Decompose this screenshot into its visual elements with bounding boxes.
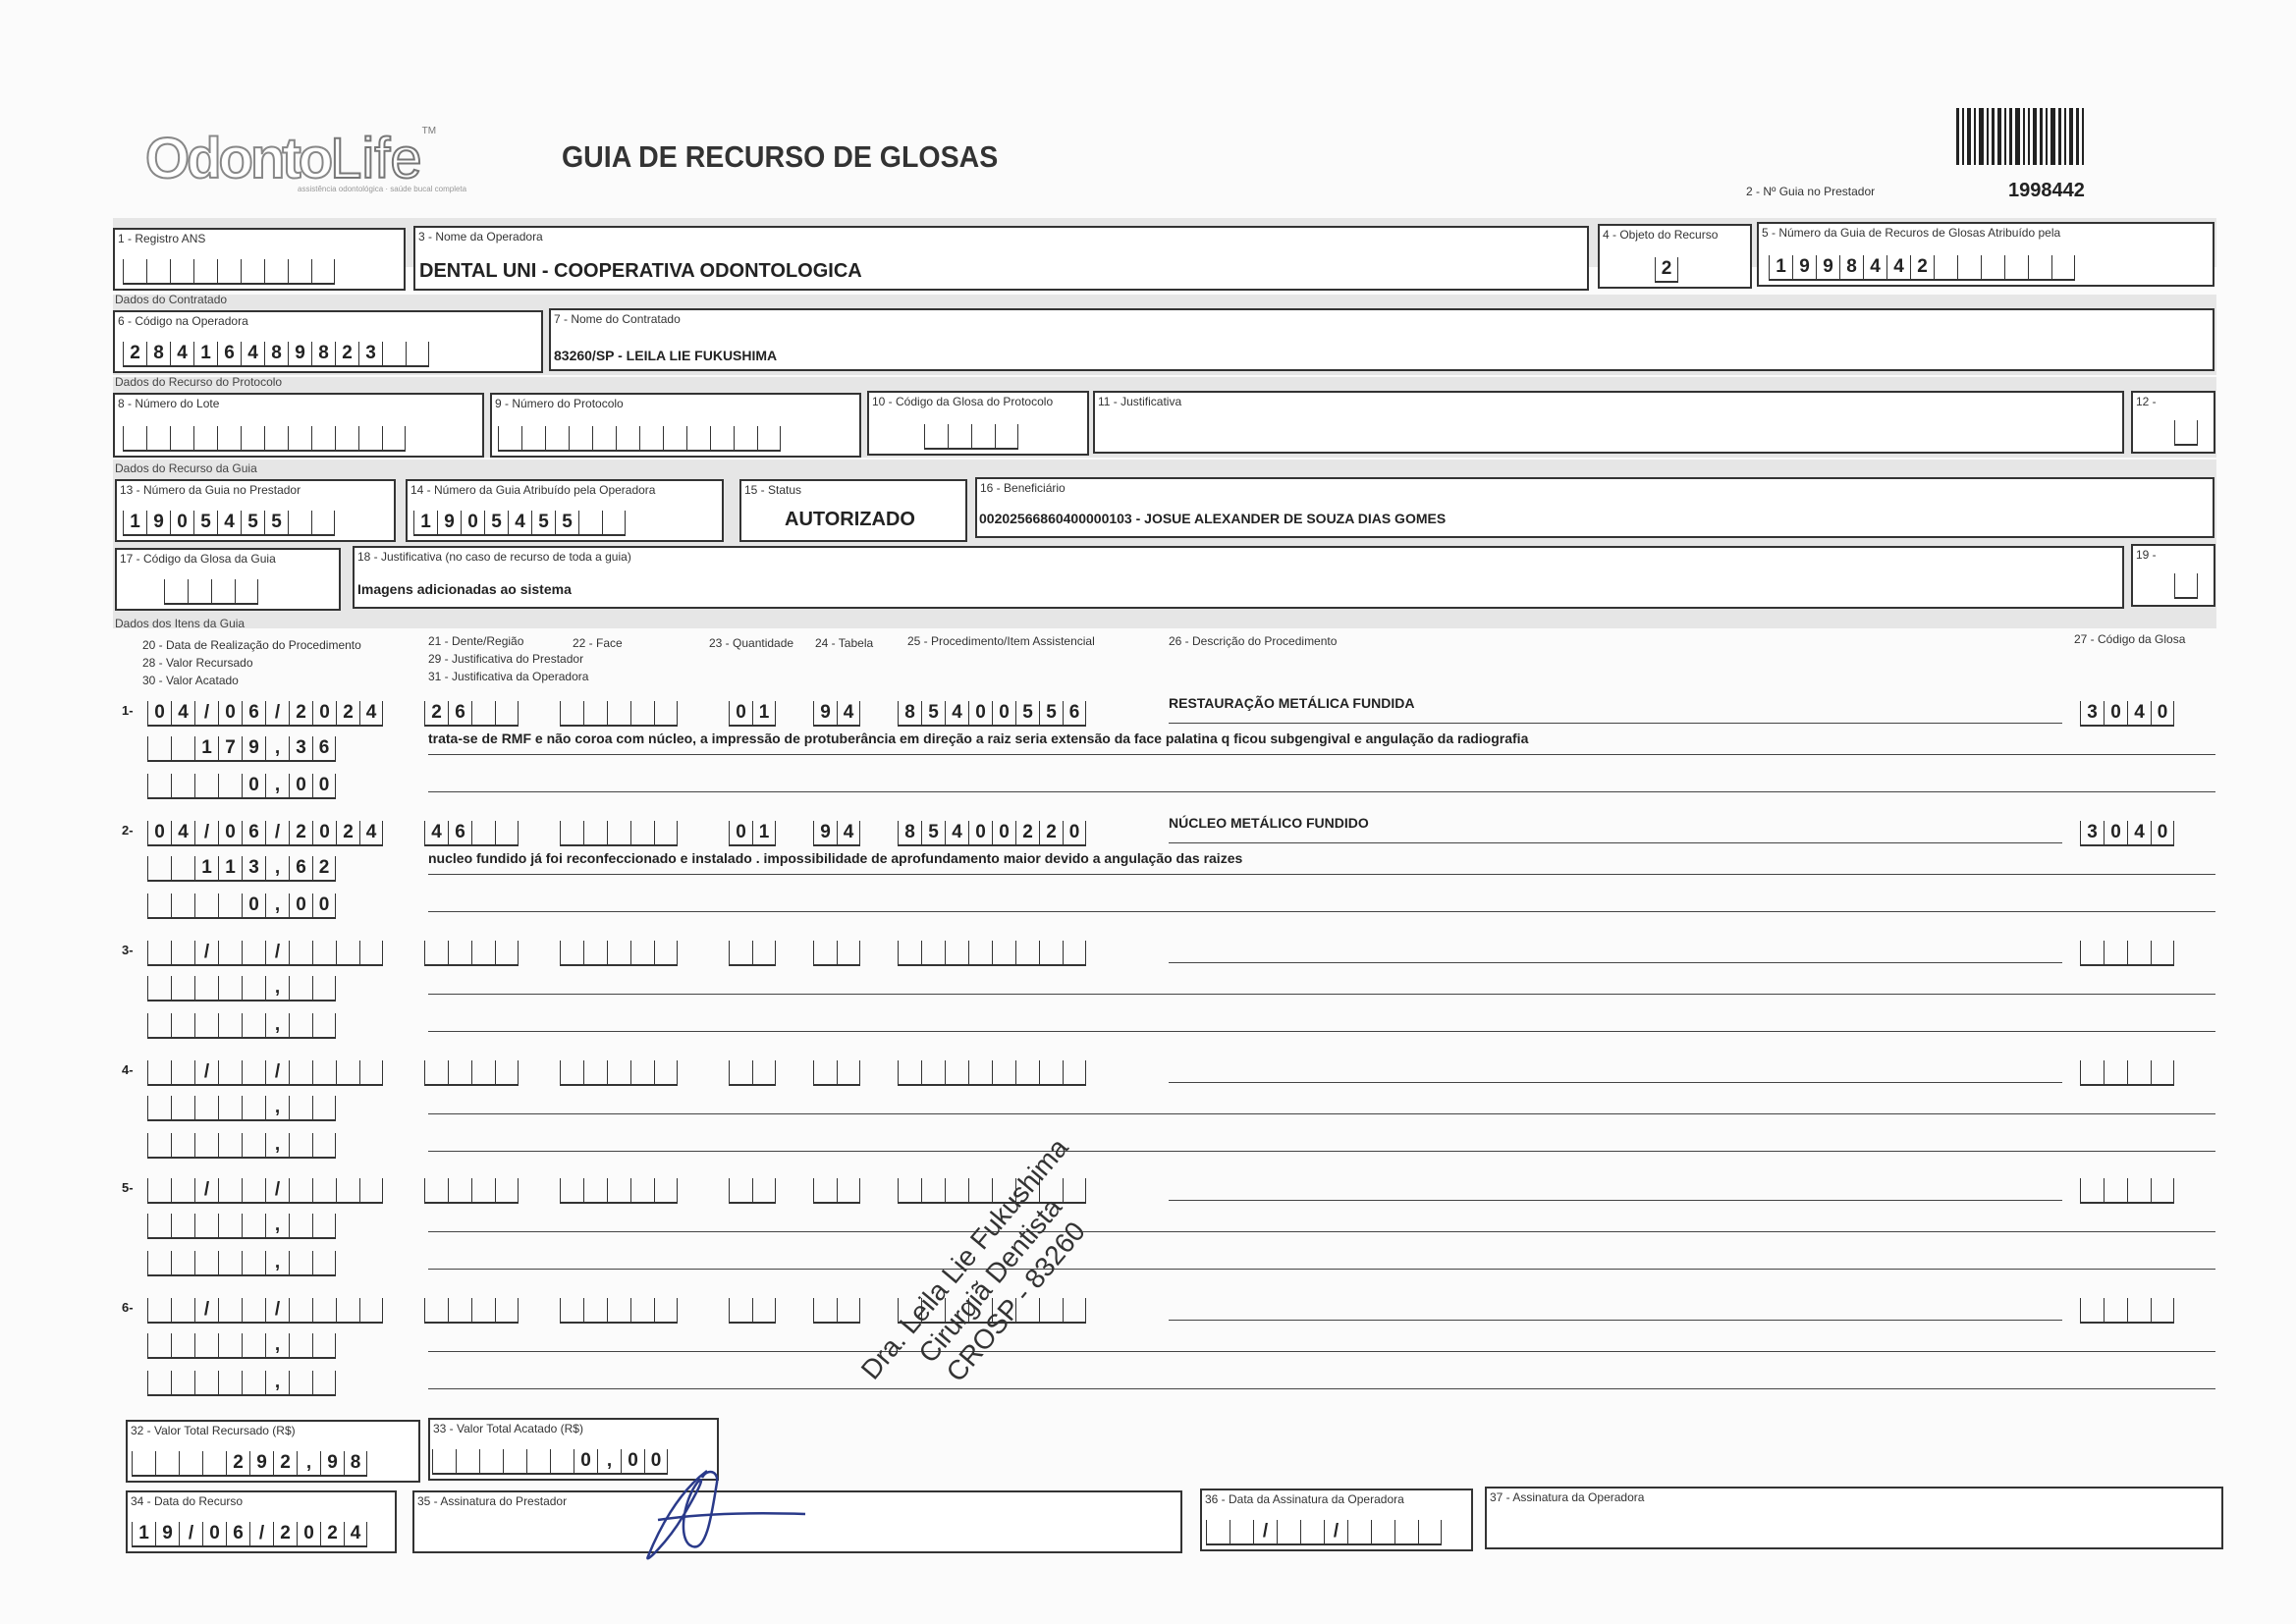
item-valor-acatado[interactable]: , (147, 1249, 336, 1276)
digit-cell: 1 (194, 736, 218, 760)
digit-cell (312, 1214, 336, 1237)
col-header-just-operadora: 31 - Justificativa da Operadora (428, 670, 588, 683)
digit-cell: 2 (1039, 821, 1063, 844)
justificativa-protocolo-field[interactable]: 11 - Justificativa (1093, 391, 2124, 454)
digit-cell (170, 426, 193, 450)
digit-cell (171, 1251, 194, 1274)
digit-cell (495, 1060, 519, 1084)
digit-cell (583, 941, 607, 964)
numero-protocolo-digits[interactable] (498, 424, 781, 452)
digit-cell (359, 1060, 383, 1084)
digit-cell: 0 (297, 1522, 320, 1545)
digit-cell (146, 426, 170, 450)
digit-cell: 0 (202, 1522, 226, 1545)
digit-cell (406, 342, 429, 365)
digit-cell (432, 1449, 456, 1473)
digit-cell: 0 (2151, 821, 2174, 844)
digit-cell: 2 (424, 701, 448, 725)
numero-protocolo-field[interactable]: 9 - Número do Protocolo (490, 393, 861, 458)
digit-cell (147, 1371, 171, 1394)
digit-cell (837, 1060, 860, 1084)
digit-cell: 9 (1816, 255, 1839, 279)
digit-cell (2104, 941, 2127, 964)
digit-cell (241, 259, 264, 283)
digit-cell (312, 1298, 336, 1322)
item-valor-recursado[interactable]: , (147, 1331, 336, 1359)
item-just-prestador[interactable]: trata-se de RMF e não coroa com núcleo, … (428, 731, 1528, 746)
digit-cell: , (265, 856, 289, 880)
digit-cell: 9 (1792, 255, 1816, 279)
item-tabela[interactable] (813, 1296, 860, 1324)
digit-cell (1063, 1298, 1086, 1322)
digit-cell: 6 (242, 821, 265, 844)
digit-cell: 4 (171, 821, 194, 844)
digit-cell (602, 511, 626, 534)
digit-cell (1039, 1298, 1063, 1322)
item-descricao-line (1169, 723, 2062, 724)
digit-cell (654, 941, 678, 964)
digit-cell: / (265, 821, 289, 844)
digit-cell (550, 1449, 574, 1473)
digit-cell: 0 (289, 893, 312, 917)
item-just-operadora-line (428, 911, 2215, 912)
item-face[interactable] (560, 1176, 678, 1204)
item-quantidade[interactable] (729, 939, 776, 966)
objeto-recurso-field[interactable]: 4 - Objeto do Recurso 2 (1598, 224, 1752, 289)
item-valor-recursado[interactable]: 179,36 (147, 734, 336, 762)
codigo-glosa-protocolo-field[interactable]: 10 - Código da Glosa do Protocolo (867, 391, 1089, 456)
digit-cell (448, 1178, 471, 1202)
digit-cell (312, 1013, 336, 1037)
digit-cell (289, 1214, 312, 1237)
data-assinatura-operadora-digits[interactable]: // (1206, 1518, 1442, 1545)
item-codigo-glosa[interactable]: 3040 (2080, 819, 2174, 846)
digit-cell (312, 1371, 336, 1394)
digit-cell: 9 (813, 701, 837, 725)
item-quantidade[interactable] (729, 1176, 776, 1204)
item-quantidade[interactable]: 01 (729, 699, 776, 727)
col-header-dente: 21 - Dente/Região (428, 634, 523, 648)
digit-cell: 0 (992, 701, 1015, 725)
digit-cell (2127, 1298, 2151, 1322)
numero-guia-operadora-digits[interactable]: 1905455 (413, 509, 626, 536)
field-label: 32 - Valor Total Recursado (R$) (131, 1424, 296, 1437)
digit-cell: 9 (437, 511, 461, 534)
item-dente[interactable] (424, 1296, 519, 1324)
field-label: 17 - Código da Glosa da Guia (120, 552, 276, 566)
digit-cell (2127, 1178, 2151, 1202)
digit-cell (235, 579, 258, 603)
digit-cell (607, 701, 630, 725)
item-codigo-glosa[interactable] (2080, 1058, 2174, 1086)
digit-cell: 7 (218, 736, 242, 760)
item-tabela[interactable] (813, 939, 860, 966)
field-19-digits[interactable] (2174, 571, 2198, 599)
codigo-operadora-field[interactable]: 6 - Código na Operadora 28416489823 (113, 310, 543, 373)
digit-cell (583, 821, 607, 844)
item-valor-acatado[interactable]: 0,00 (147, 892, 336, 919)
valor-total-acatado-digits[interactable]: 0,00 (432, 1447, 668, 1475)
digit-cell (578, 511, 602, 534)
digit-cell: / (194, 701, 218, 725)
digit-cell: , (297, 1451, 320, 1475)
digit-cell (734, 426, 757, 450)
digit-cell (147, 1333, 171, 1357)
item-codigo-glosa[interactable]: 3040 (2080, 699, 2174, 727)
digit-cell: 5 (1039, 701, 1063, 725)
digit-cell (921, 941, 945, 964)
digit-cell (218, 1333, 242, 1357)
digit-cell: , (265, 1251, 289, 1274)
digit-cell (813, 1178, 837, 1202)
item-tabela[interactable] (813, 1058, 860, 1086)
valor-total-recursado-field[interactable]: 32 - Valor Total Recursado (R$) 292,98 (126, 1420, 420, 1483)
item-date[interactable]: // (147, 1058, 383, 1086)
digit-cell: / (194, 941, 218, 964)
item-dente[interactable] (424, 1058, 519, 1086)
digit-cell (194, 774, 218, 797)
digit-cell: 8 (898, 701, 921, 725)
numero-guia-prestador-field[interactable]: 13 - Número da Guia no Prestador 1905455 (115, 479, 396, 542)
digit-cell: 2 (1655, 257, 1678, 281)
item-quantidade[interactable]: 01 (729, 819, 776, 846)
digit-cell (194, 1013, 218, 1037)
digit-cell: 0 (574, 1449, 597, 1473)
digit-cell (607, 1178, 630, 1202)
numero-guia-prestador-digits[interactable]: 1905455 (123, 509, 335, 536)
digit-cell: / (194, 1298, 218, 1322)
digit-cell: 4 (359, 821, 383, 844)
col-header-descricao: 26 - Descrição do Procedimento (1169, 634, 1337, 648)
digit-cell (898, 1060, 921, 1084)
digit-cell (218, 893, 242, 917)
registro-ans-field[interactable]: 1 - Registro ANS (113, 228, 406, 291)
digit-cell (729, 1178, 752, 1202)
item-just-prestador-line (428, 1351, 2215, 1352)
digit-cell: 4 (359, 701, 383, 725)
item-quantidade[interactable] (729, 1296, 776, 1324)
digit-cell (448, 941, 471, 964)
digit-cell: 5 (193, 511, 217, 534)
registro-ans-digits[interactable] (123, 257, 335, 285)
field-label: 18 - Justificativa (no caso de recurso d… (357, 550, 631, 564)
digit-cell (336, 1298, 359, 1322)
digit-cell (592, 426, 616, 450)
item-valor-acatado[interactable]: , (147, 1011, 336, 1039)
item-just-operadora-line (428, 791, 2215, 792)
digit-cell (424, 941, 448, 964)
item-descricao-line (1169, 1200, 2062, 1201)
digit-cell: 5 (555, 511, 578, 534)
digit-cell (218, 976, 242, 1000)
digit-cell (242, 1251, 265, 1274)
beneficiario-field[interactable]: 16 - Beneficiário 00202566860400000103 -… (975, 477, 2214, 538)
field-label: 11 - Justificativa (1098, 395, 1181, 408)
digit-cell (164, 579, 188, 603)
digit-cell: 0 (312, 821, 336, 844)
digit-cell: 8 (1839, 255, 1863, 279)
digit-cell: 6 (312, 736, 336, 760)
digit-cell (218, 1371, 242, 1394)
assinatura-operadora-field[interactable]: 37 - Assinatura da Operadora (1485, 1487, 2223, 1549)
item-codigo-glosa[interactable] (2080, 1176, 2174, 1204)
digit-cell (311, 426, 335, 450)
item-valor-acatado[interactable]: , (147, 1369, 336, 1396)
digit-cell (1957, 255, 1981, 279)
item-dente[interactable]: 26 (424, 699, 519, 727)
item-codigo-glosa[interactable] (2080, 939, 2174, 966)
digit-cell: 0 (218, 701, 242, 725)
field-label: 33 - Valor Total Acatado (R$) (433, 1422, 583, 1435)
item-valor-recursado[interactable]: 113,62 (147, 854, 336, 882)
digit-cell (147, 941, 171, 964)
digit-cell: 9 (146, 511, 170, 534)
digit-cell (171, 1298, 194, 1322)
digit-cell (288, 426, 311, 450)
digit-cell (1371, 1520, 1394, 1543)
field-label: 12 - (2136, 395, 2157, 408)
field-label: 37 - Assinatura da Operadora (1490, 1490, 1644, 1504)
digit-cell: , (265, 1333, 289, 1357)
item-face[interactable] (560, 819, 678, 846)
digit-cell (1418, 1520, 1442, 1543)
logo-tagline: assistência odontológica · saúde bucal c… (298, 185, 466, 193)
digit-cell (898, 1178, 921, 1202)
digit-cell (560, 1298, 583, 1322)
field-12[interactable]: 12 - (2131, 391, 2215, 454)
numero-guia-recurso-digits[interactable]: 1998442 (1769, 253, 2075, 281)
digit-cell: 4 (424, 821, 448, 844)
digit-cell (729, 1298, 752, 1322)
digit-cell (560, 821, 583, 844)
field-label: 34 - Data do Recurso (131, 1494, 243, 1508)
digit-cell: 1 (413, 511, 437, 534)
digit-cell (147, 1096, 171, 1119)
item-just-prestador[interactable]: nucleo fundido já foi reconfeccionado e … (428, 850, 1242, 866)
digit-cell (312, 1133, 336, 1157)
digit-cell: 0 (242, 774, 265, 797)
digit-cell (495, 701, 519, 725)
data-recurso-digits[interactable]: 19/06/2024 (132, 1520, 367, 1547)
digit-cell (1063, 941, 1086, 964)
digit-cell (289, 941, 312, 964)
digit-cell: 6 (226, 1522, 249, 1545)
digit-cell: 2 (226, 1451, 249, 1475)
status-field: 15 - Status AUTORIZADO (739, 479, 967, 542)
item-date[interactable]: // (147, 1296, 383, 1324)
digit-cell: , (265, 1013, 289, 1037)
status-badge: AUTORIZADO (785, 509, 915, 531)
digit-cell (752, 1178, 776, 1202)
digit-cell: 2 (336, 701, 359, 725)
field-label: 5 - Número da Guia de Recuros de Glosas … (1762, 226, 2060, 240)
numero-guia-operadora-field[interactable]: 14 - Número da Guia Atribuído pela Opera… (406, 479, 724, 542)
digit-cell (424, 1060, 448, 1084)
digit-cell: 0 (2151, 701, 2174, 725)
data-assinatura-operadora-field[interactable]: 36 - Data da Assinatura da Operadora // (1200, 1489, 1473, 1551)
codigo-glosa-guia-digits[interactable] (164, 577, 258, 605)
digit-cell (147, 1251, 171, 1274)
digit-cell: 3 (358, 342, 382, 365)
item-date[interactable]: // (147, 939, 383, 966)
digit-cell (123, 259, 146, 283)
field-label: 13 - Número da Guia no Prestador (120, 483, 301, 497)
digit-cell (1347, 1520, 1371, 1543)
digit-cell (289, 1060, 312, 1084)
digit-cell (147, 856, 171, 880)
item-face[interactable] (560, 699, 678, 727)
digit-cell (471, 701, 495, 725)
digit-cell (968, 941, 992, 964)
digit-cell (335, 426, 358, 450)
digit-cell (289, 1133, 312, 1157)
digit-cell: 2 (335, 342, 358, 365)
item-valor-recursado[interactable]: , (147, 1212, 336, 1239)
data-recurso-field[interactable]: 34 - Data do Recurso 19/06/2024 (126, 1490, 397, 1553)
field-12-digits[interactable] (2174, 418, 2198, 446)
digit-cell (2174, 573, 2198, 597)
digit-cell: / (194, 1060, 218, 1084)
section-contratado: Dados do Contratado (115, 293, 227, 306)
item-quantidade[interactable] (729, 1058, 776, 1086)
digit-cell (521, 426, 545, 450)
numero-lote-digits[interactable] (123, 424, 406, 452)
item-procedimento[interactable]: 85400220 (898, 819, 1086, 846)
item-valor-acatado[interactable]: , (147, 1131, 336, 1159)
item-face[interactable] (560, 939, 678, 966)
item-number: 4- (122, 1062, 134, 1077)
digit-cell (194, 1214, 218, 1237)
digit-cell (218, 1133, 242, 1157)
codigo-glosa-protocolo-digits[interactable] (924, 422, 1018, 450)
digit-cell (289, 1251, 312, 1274)
digit-cell (630, 1060, 654, 1084)
item-face[interactable] (560, 1296, 678, 1324)
valor-total-recursado-digits[interactable]: 292,98 (132, 1449, 367, 1477)
digit-cell (194, 1333, 218, 1357)
digit-cell (194, 1371, 218, 1394)
digit-cell (2080, 1298, 2104, 1322)
digit-cell (729, 1060, 752, 1084)
digit-cell (218, 1096, 242, 1119)
item-tabela[interactable] (813, 1176, 860, 1204)
digit-cell (218, 1060, 242, 1084)
numero-lote-field[interactable]: 8 - Número do Lote (113, 393, 484, 458)
digit-cell (495, 941, 519, 964)
digit-cell: / (194, 1178, 218, 1202)
item-tabela[interactable]: 94 (813, 699, 860, 727)
digit-cell: 4 (1886, 255, 1910, 279)
digit-cell (218, 1251, 242, 1274)
item-date[interactable]: // (147, 1176, 383, 1204)
codigo-glosa-guia-field[interactable]: 17 - Código da Glosa da Guia (115, 548, 341, 611)
objeto-recurso-digits[interactable]: 2 (1655, 255, 1678, 283)
digit-cell: / (1324, 1520, 1347, 1543)
digit-cell (311, 511, 335, 534)
digit-cell (616, 426, 639, 450)
digit-cell (898, 941, 921, 964)
item-descricao: NÚCLEO METÁLICO FUNDIDO (1169, 815, 1369, 831)
digit-cell (311, 259, 335, 283)
digit-cell: 1 (218, 856, 242, 880)
digit-cell (2051, 255, 2075, 279)
digit-cell (147, 736, 171, 760)
logo-text-odonto: Odonto (145, 127, 330, 190)
justificativa-guia-field[interactable]: 18 - Justificativa (no caso de recurso d… (353, 546, 2124, 609)
nome-contratado-field[interactable]: 7 - Nome do Contratado 83260/SP - LEILA … (549, 308, 2214, 371)
item-just-operadora-line (428, 1269, 2215, 1270)
item-tabela[interactable]: 94 (813, 819, 860, 846)
digit-cell: / (265, 1298, 289, 1322)
digit-cell (171, 1214, 194, 1237)
item-codigo-glosa[interactable] (2080, 1296, 2174, 1324)
barcode-icon (1956, 108, 2143, 165)
item-procedimento[interactable] (898, 1058, 1086, 1086)
digit-cell: 2 (320, 1522, 344, 1545)
item-procedimento[interactable]: 85400556 (898, 699, 1086, 727)
codigo-operadora-digits[interactable]: 28416489823 (123, 340, 429, 367)
digit-cell (289, 1013, 312, 1037)
digit-cell: 4 (171, 701, 194, 725)
digit-cell (194, 1096, 218, 1119)
digit-cell: 0 (312, 774, 336, 797)
digit-cell (2151, 1060, 2174, 1084)
digit-cell (217, 426, 241, 450)
digit-cell (289, 976, 312, 1000)
field-19[interactable]: 19 - (2131, 544, 2215, 607)
item-face[interactable] (560, 1058, 678, 1086)
digit-cell (171, 1060, 194, 1084)
digit-cell (2174, 420, 2198, 444)
digit-cell (948, 424, 971, 448)
digit-cell (171, 1096, 194, 1119)
digit-cell (448, 1298, 471, 1322)
item-dente[interactable]: 46 (424, 819, 519, 846)
field-label: 3 - Nome da Operadora (418, 230, 543, 244)
digit-cell (147, 976, 171, 1000)
digit-cell (607, 1060, 630, 1084)
digit-cell: , (597, 1449, 621, 1473)
item-procedimento[interactable] (898, 939, 1086, 966)
digit-cell (193, 426, 217, 450)
digit-cell (179, 1451, 202, 1475)
digit-cell (921, 1060, 945, 1084)
digit-cell (312, 976, 336, 1000)
digit-cell: 9 (249, 1451, 273, 1475)
digit-cell (171, 1013, 194, 1037)
item-date[interactable]: 04/06/2024 (147, 819, 383, 846)
numero-guia-recurso-field[interactable]: 5 - Número da Guia de Recuros de Glosas … (1757, 222, 2214, 287)
item-valor-acatado[interactable]: 0,00 (147, 772, 336, 799)
item-date[interactable]: 04/06/2024 (147, 699, 383, 727)
item-valor-recursado[interactable]: , (147, 974, 336, 1001)
digit-cell (147, 1133, 171, 1157)
item-valor-recursado[interactable]: , (147, 1094, 336, 1121)
digit-cell: , (265, 1133, 289, 1157)
digit-cell: 2 (289, 701, 312, 725)
logo-tm: TM (422, 126, 436, 136)
digit-cell (289, 1371, 312, 1394)
digit-cell (654, 1060, 678, 1084)
digit-cell (312, 1060, 336, 1084)
item-dente[interactable] (424, 1176, 519, 1204)
digit-cell (2127, 941, 2151, 964)
digit-cell: 8 (898, 821, 921, 844)
item-dente[interactable] (424, 939, 519, 966)
nome-operadora-field[interactable]: 3 - Nome da Operadora DENTAL UNI - COOPE… (413, 226, 1589, 291)
justificativa-guia-value: Imagens adicionadas ao sistema (357, 581, 572, 597)
digit-cell (171, 774, 194, 797)
